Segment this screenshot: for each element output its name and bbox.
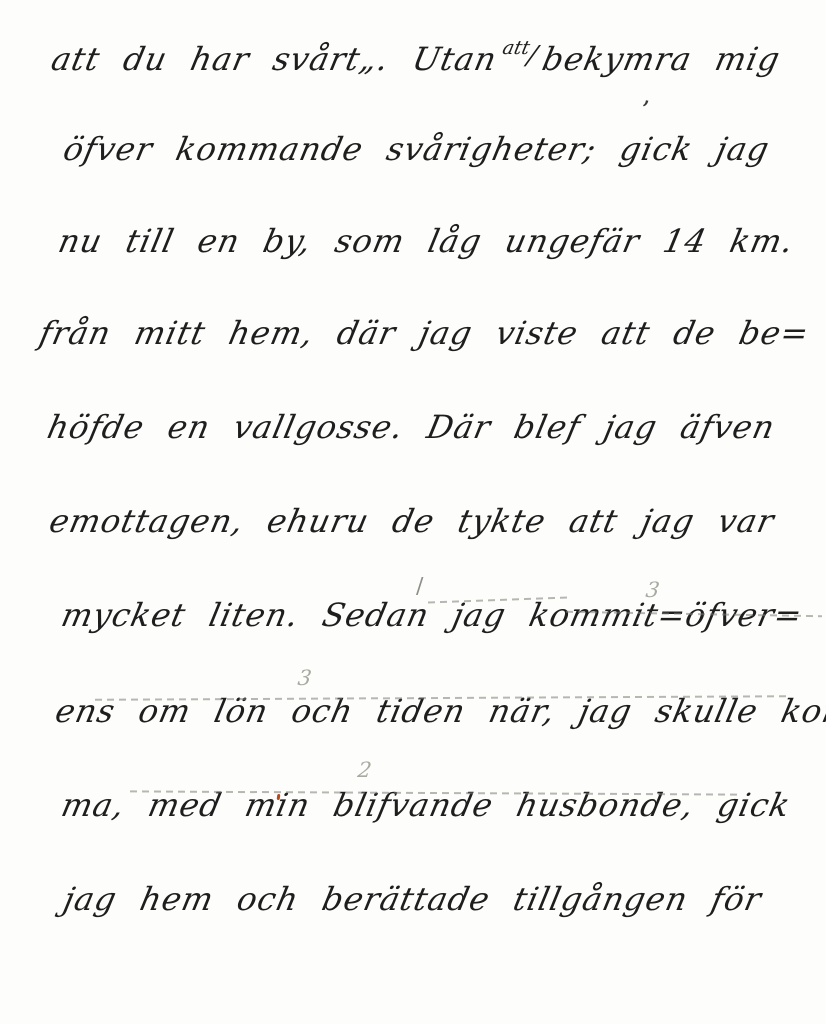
handwriting-line-5: höfde en vallgosse. Där blef jag äfven <box>44 408 779 446</box>
pencil-number-2: 2 <box>356 758 373 782</box>
pencil-number-3-lower: 3 <box>296 666 313 690</box>
handwriting-line-3: nu till en by, som låg ungefär 14 km. <box>55 222 798 260</box>
line-1-text-after-insert: bekymra mig <box>539 40 784 78</box>
handwriting-line-6: emottagen, ehuru de tykte att jag var <box>46 502 778 540</box>
handwriting-line-10: jag hem och berättade tillgången för <box>60 880 765 918</box>
scan-edge-artifact-light <box>0 982 800 1004</box>
handwriting-line-2: öfver kommande svårigheter; gick jag <box>60 130 773 168</box>
handwriting-line-4: från mitt hem, där jag viste att de be= <box>36 314 813 352</box>
handwriting-line-1: att du har svårt„. Utanatt∕bekymra mig <box>48 40 784 78</box>
line-1-text-before-insert: att du har svårt„. Utan <box>48 40 501 78</box>
manuscript-page: att du har svårt„. Utanatt∕bekymra mig ö… <box>0 0 826 1024</box>
pencil-slash-above-sedan: ∕ <box>416 574 423 599</box>
stray-ink-mark: ’ <box>637 95 651 126</box>
scan-edge-artifact-dark <box>112 1006 727 1024</box>
